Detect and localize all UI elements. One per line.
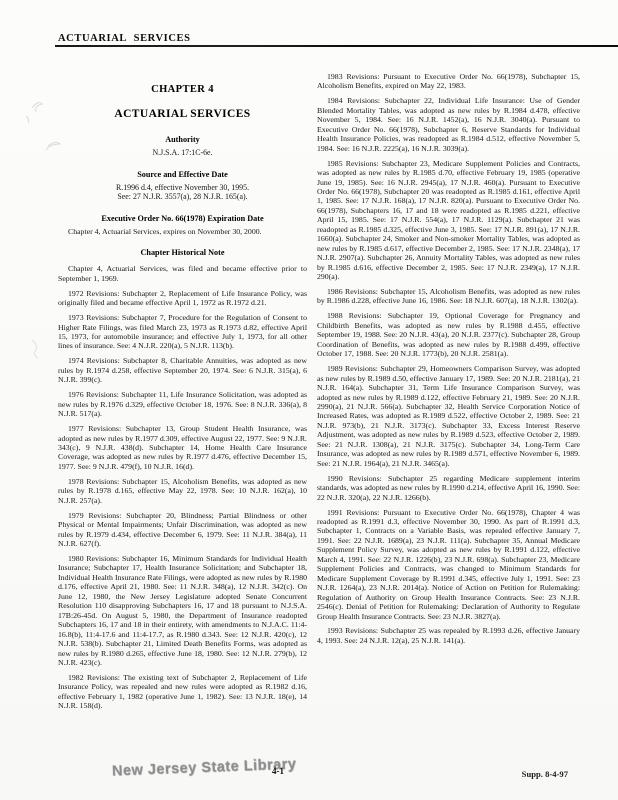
revision-paragraph-1973: 1973 Revisions: Subchapter 7, Procedure … [58, 313, 307, 351]
supplement-date: Supp. 8-4-97 [522, 769, 568, 779]
revision-paragraph-1982: 1982 Revisions: The existing text of Sub… [58, 673, 307, 711]
authority-citation: N.J.S.A. 17:1C-6e. [58, 148, 307, 158]
revision-paragraph-1974: 1974 Revisions: Subchapter 8, Charitable… [58, 356, 307, 384]
source-effective-date-heading: Source and Effective Date [58, 170, 307, 179]
revision-paragraph-1985: 1985 Revisions: Subchapter 23, Medicare … [317, 159, 580, 282]
historical-intro-paragraph: Chapter 4, Actuarial Services, was filed… [58, 264, 307, 283]
running-head-title: ACTUARIAL SERVICES [58, 33, 191, 44]
historical-note-heading: Chapter Historical Note [58, 248, 307, 257]
scanned-document-page: ACTUARIAL SERVICES CHAPTER 4 ACTUARIAL S… [0, 0, 618, 800]
revision-paragraph-1978: 1978 Revisions: Subchapter 15, Alcoholis… [58, 477, 307, 505]
revision-paragraph-1988: 1988 Revisions: Subchapter 19, Optional … [317, 311, 580, 358]
revision-paragraph-1989: 1989 Revisions: Subchapter 29, Homeowner… [317, 364, 580, 468]
revision-paragraph-1993: 1993 Revisions: Subchapter 25 was repeal… [317, 626, 580, 645]
pencil-mark [24, 330, 54, 370]
running-head: ACTUARIAL SERVICES [58, 28, 618, 46]
revision-paragraph-1986: 1986 Revisions: Subchapter 15, Alcoholis… [317, 287, 580, 306]
revision-paragraph-1977: 1977 Revisions: Subchapter 13, Group Stu… [58, 424, 307, 471]
authority-heading: Authority [58, 135, 307, 144]
revision-paragraph-1976: 1976 Revisions: Subchapter 11, Life Insu… [58, 390, 307, 418]
source-citation: See: 27 N.J.R. 3557(a), 28 N.J.R. 165(a)… [58, 192, 307, 202]
revision-paragraph-1991: 1991 Revisions: Pursuant to Executive Or… [317, 508, 580, 621]
source-line: R.1996 d.4, effective November 30, 1995. [58, 183, 307, 193]
chapter-title: ACTUARIAL SERVICES [58, 108, 307, 120]
left-column: CHAPTER 4 ACTUARIAL SERVICES Authority N… [58, 48, 307, 716]
revision-paragraph-1972: 1972 Revisions: Subchapter 2, Replacemen… [58, 289, 307, 308]
expiration-text: Chapter 4, Actuarial Services, expires o… [58, 227, 307, 236]
revision-paragraph-1990: 1990 Revisions: Subchapter 25 regarding … [317, 474, 580, 502]
revision-paragraph-1984: 1984 Revisions: Subchapter 22, Individua… [317, 96, 580, 153]
right-column: 1983 Revisions: Pursuant to Executive Or… [317, 48, 580, 716]
page-number: 4-1 [272, 766, 284, 776]
expiration-heading: Executive Order No. 66(1978) Expiration … [58, 214, 307, 223]
revision-paragraph-1979: 1979 Revisions: Subchapter 20, Blindness… [58, 511, 307, 549]
chapter-number-heading: CHAPTER 4 [58, 84, 307, 95]
revision-paragraph-1983: 1983 Revisions: Pursuant to Executive Or… [317, 72, 580, 91]
document-body: CHAPTER 4 ACTUARIAL SERVICES Authority N… [58, 48, 580, 716]
revision-paragraph-1980: 1980 Revisions: Subchapter 16, Minimum S… [58, 554, 307, 667]
